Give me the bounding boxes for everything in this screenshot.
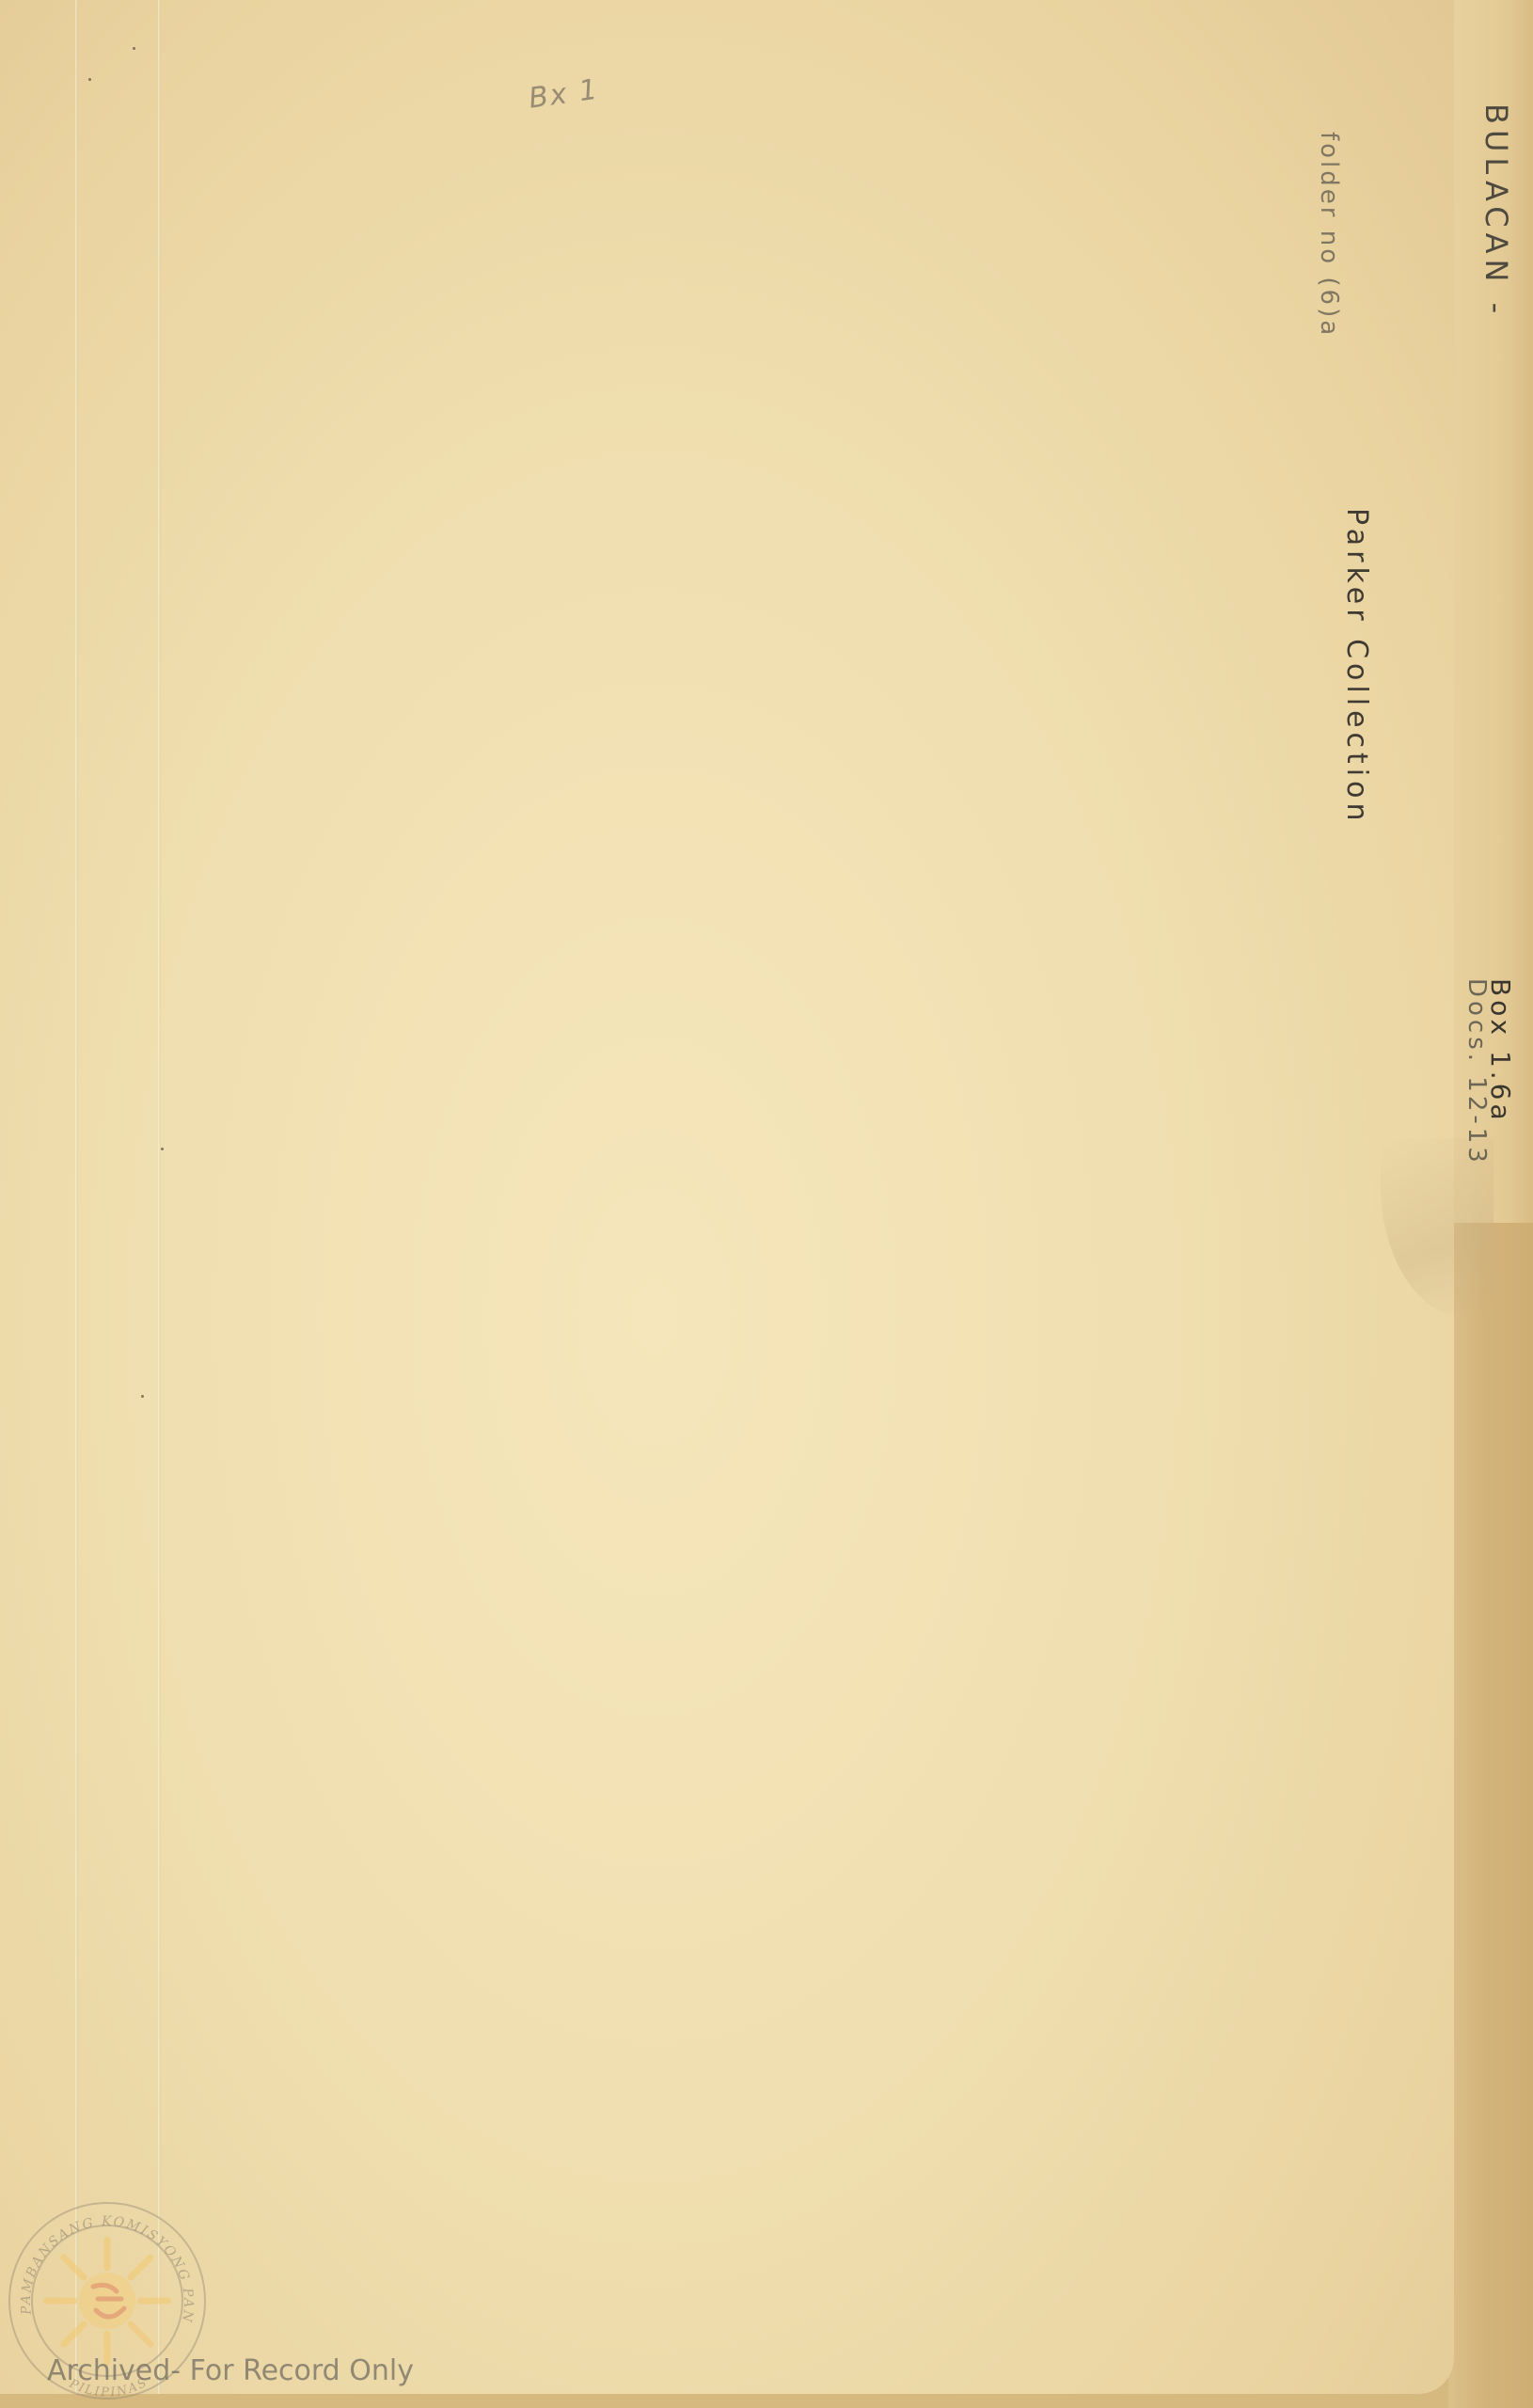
paper-speck xyxy=(133,47,135,50)
paper-speck xyxy=(88,78,91,81)
scanned-folder-page: Bx 1 BULACAN - folder no (6)a Parker Col… xyxy=(0,0,1533,2408)
paper-speck xyxy=(141,1395,144,1398)
handwritten-collection-label: Parker Collection xyxy=(1340,508,1373,825)
handwritten-province-label: BULACAN - xyxy=(1478,103,1514,319)
archive-watermark: Archived- For Record Only xyxy=(47,2354,414,2387)
handwritten-docs-reference: Docs. 12-13 xyxy=(1462,978,1491,1166)
handwritten-folder-number: folder no (6)a xyxy=(1315,132,1343,338)
folder-cover xyxy=(0,0,1454,2394)
fold-line xyxy=(158,0,161,2394)
paper-speck xyxy=(161,1148,164,1150)
fold-line xyxy=(75,0,78,2394)
